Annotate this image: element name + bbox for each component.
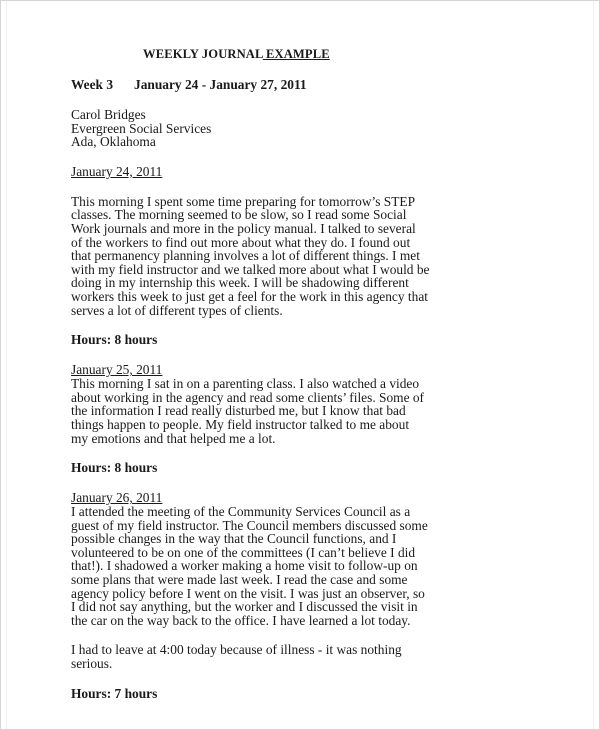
entry-line: the information I read really disturbed … [71,404,541,418]
title-underlined: EXAMPLE [263,47,330,61]
entry-text: I attended the meeting of the Community … [71,505,541,627]
entry-date: January 25, 2011 [71,363,541,377]
document-page: WEEKLY JOURNAL EXAMPLE Week 3January 24 … [0,0,600,730]
entry-hours: Hours: 8 hours [71,333,541,347]
entry-text: This morning I spent some time preparing… [71,195,541,317]
author-organization: Evergreen Social Services [71,122,541,136]
week-range: January 24 - January 27, 2011 [134,77,307,92]
author-location: Ada, Oklahoma [71,135,541,149]
entry-note: I had to leave at 4:00 today because of … [71,643,541,670]
entry-line: workers this week to just get a feel for… [71,290,541,304]
title-main: WEEKLY JOURNAL [143,47,263,61]
note-line: serious. [71,657,541,671]
entry-hours: Hours: 7 hours [71,687,541,701]
entry-line: This morning I sat in on a parenting cla… [71,377,541,391]
entry-hours: Hours: 8 hours [71,461,541,475]
entry-line: I attended the meeting of the Community … [71,505,541,519]
entry-line: doing in my internship this week. I will… [71,276,541,290]
entry-line: agency policy before I went on the visit… [71,587,541,601]
journal-entry-3: January 26, 2011 I attended the meeting … [71,475,541,701]
entry-line: with my field instructor and we talked m… [71,263,541,277]
entry-line: serves a lot of different types of clien… [71,304,541,318]
author-name: Carol Bridges [71,108,541,122]
journal-entry-2: January 25, 2011 This morning I sat in o… [71,347,541,475]
note-line: I had to leave at 4:00 today because of … [71,643,541,657]
entry-line: I did not say anything, but the worker a… [71,600,541,614]
entry-line: Work journals and more in the policy man… [71,222,541,236]
entry-line: possible changes in the way that the Cou… [71,532,541,546]
entry-line: This morning I spent some time preparing… [71,195,541,209]
week-heading: Week 3January 24 - January 27, 2011 [71,78,541,92]
entry-line: some plans that were made last week. I r… [71,573,541,587]
entry-line: about working in the agency and read som… [71,391,541,405]
week-label: Week 3 [71,78,134,92]
entry-line: classes. The morning seemed to be slow, … [71,208,541,222]
entry-line: that permanency planning involves a lot … [71,249,541,263]
document-title: WEEKLY JOURNAL EXAMPLE [143,48,541,62]
entry-line: the car on the way back to the office. I… [71,614,541,628]
entry-date: January 24, 2011 [71,165,541,179]
entry-line: volunteered to be on one of the committe… [71,546,541,560]
journal-entry-1: January 24, 2011 This morning I spent so… [71,165,541,347]
document-body: WEEKLY JOURNAL EXAMPLE Week 3January 24 … [71,48,541,701]
entry-line: my emotions and that helped me a lot. [71,432,541,446]
entry-date: January 26, 2011 [71,491,541,505]
entry-line: that!). I shadowed a worker making a hom… [71,559,541,573]
entry-line: of the workers to find out more about wh… [71,236,541,250]
entry-line: things happen to people. My field instru… [71,418,541,432]
author-block: Carol Bridges Evergreen Social Services … [71,108,541,149]
entry-line: guest of my field instructor. The Counci… [71,519,541,533]
entry-text: This morning I sat in on a parenting cla… [71,377,541,445]
